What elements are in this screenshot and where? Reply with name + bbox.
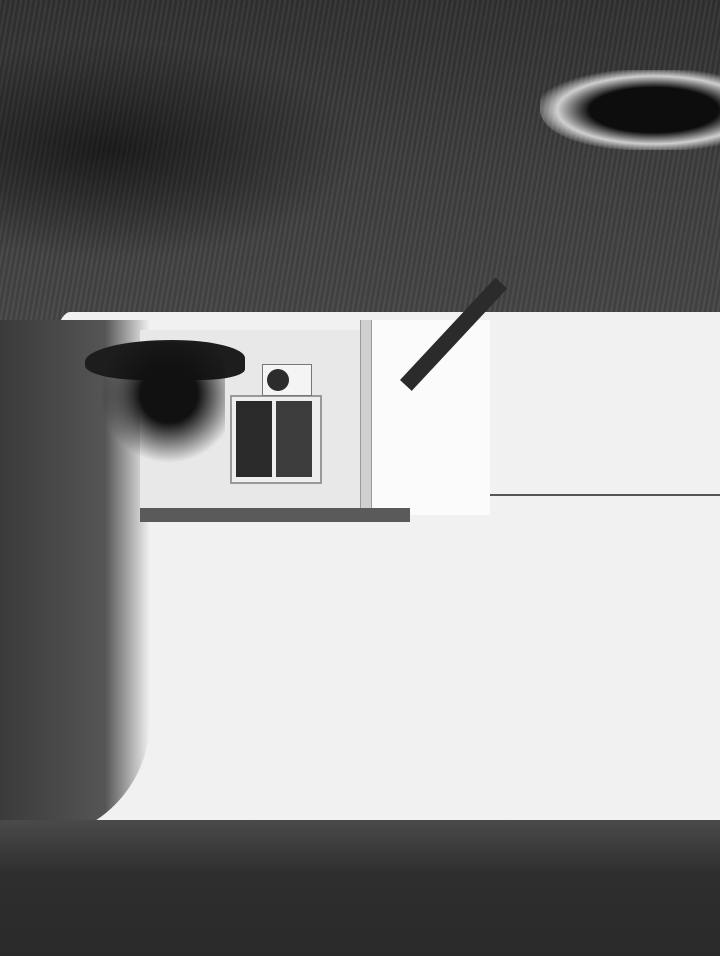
reflected-building	[110, 320, 490, 525]
window-pane-right	[276, 401, 312, 477]
photo-scene	[0, 0, 720, 956]
window	[230, 395, 322, 484]
ac-fan-icon	[267, 369, 289, 391]
air-conditioner-unit	[262, 364, 312, 396]
building-ledge	[140, 508, 410, 522]
drainpipe	[360, 320, 372, 515]
asphalt-ground-bottom	[0, 820, 720, 956]
small-puddle	[540, 70, 720, 150]
tree-shadow-on-asphalt	[0, 40, 360, 260]
window-pane-left	[236, 401, 272, 477]
tree-branches	[85, 342, 225, 472]
